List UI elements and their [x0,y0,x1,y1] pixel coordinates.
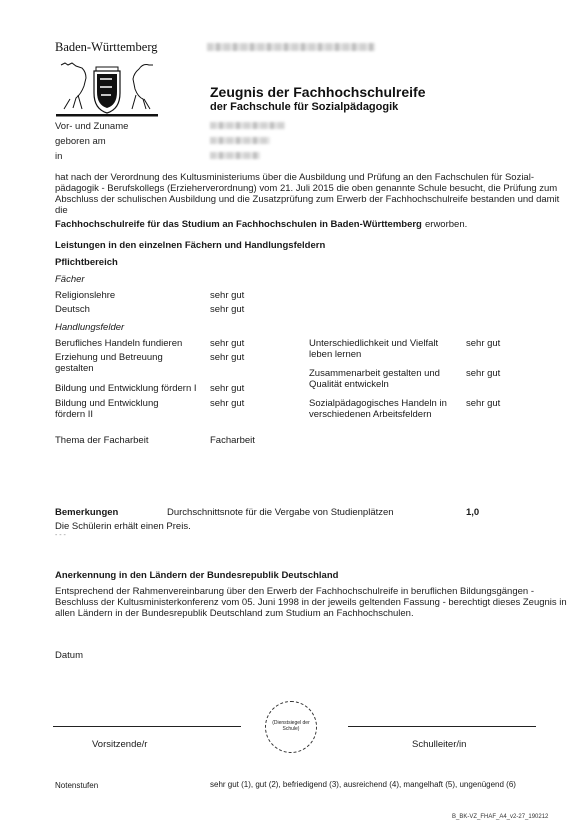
average-value: 1,0 [466,507,479,518]
thesis-value: Facharbeit [210,435,255,446]
qualification-text: Fachhochschulreife für das Studium an Fa… [55,219,422,230]
grade-scale-text: sehr gut (1), gut (2), befriedigend (3),… [210,780,516,789]
name-label: Vor- und Zuname [55,121,128,132]
remarks-label: Bemerkungen [55,507,118,518]
intro-paragraph: hat nach der Verordnung des Kultusminist… [55,172,567,216]
field-name: Erziehung und Betreuung gestalten [55,352,163,374]
form-id: B_BK-VZ_FHAF_A4_v2-27_190212 [452,814,548,820]
field-name: Berufliches Handeln fundieren [55,338,182,349]
field-grade: sehr gut [466,368,500,379]
signature-line-right [348,726,536,727]
principal-label: Schulleiter/in [412,739,466,750]
document-title: Zeugnis der Fachhochschulreife [210,84,426,100]
name-value-redacted [210,122,285,129]
remarks-dashes: - - - [55,532,66,539]
chair-label: Vorsitzende/r [92,739,147,750]
thesis-label: Thema der Facharbeit [55,435,148,446]
field-grade: sehr gut [210,398,244,409]
field-grade: sehr gut [466,398,500,409]
required-title: Pflichtbereich [55,257,118,268]
subject-name: Deutsch [55,304,90,315]
date-label: Datum [55,650,83,661]
grade-scale-label: Notenstufen [55,781,98,790]
field-name: Bildung und Entwicklung fördern II [55,398,159,420]
field-grade: sehr gut [210,383,244,394]
average-label: Durchschnittsnote für die Vergabe von St… [167,507,394,518]
qualification-suffix: erworben. [425,219,467,230]
school-name-redacted [207,43,375,51]
field-name: Sozialpädagogisches Handeln in verschied… [309,398,447,420]
subject-name: Religionslehre [55,290,115,301]
field-grade: sehr gut [210,338,244,349]
birth-value-redacted [210,137,270,144]
document-subtitle: der Fachschule für Sozialpädagogik [210,101,398,113]
coat-of-arms-icon [56,59,158,117]
field-name: Bildung und Entwicklung fördern I [55,383,197,394]
grades-section-title: Leistungen in den einzelnen Fächern und … [55,240,325,251]
subjects-title: Fächer [55,274,85,285]
fields-title: Handlungsfelder [55,322,124,333]
state-name: Baden-Württemberg [55,40,158,55]
seal-placeholder: (Dienstsiegel der Schule) [265,701,317,753]
field-grade: sehr gut [210,352,244,363]
subject-grade: sehr gut [210,290,244,301]
birth-label: geboren am [55,136,106,147]
place-label: in [55,151,62,162]
field-name: Zusammenarbeit gestalten und Qualität en… [309,368,440,390]
place-value-redacted [210,152,260,159]
recognition-title: Anerkennung in den Ländern der Bundesrep… [55,570,338,581]
remarks-note: Die Schülerin erhält einen Preis. [55,521,191,532]
subject-grade: sehr gut [210,304,244,315]
recognition-text: Entsprechend der Rahmenvereinbarung über… [55,586,567,619]
signature-line-left [53,726,241,727]
field-grade: sehr gut [466,338,500,349]
field-name: Unterschiedlichkeit und Vielfalt leben l… [309,338,438,360]
